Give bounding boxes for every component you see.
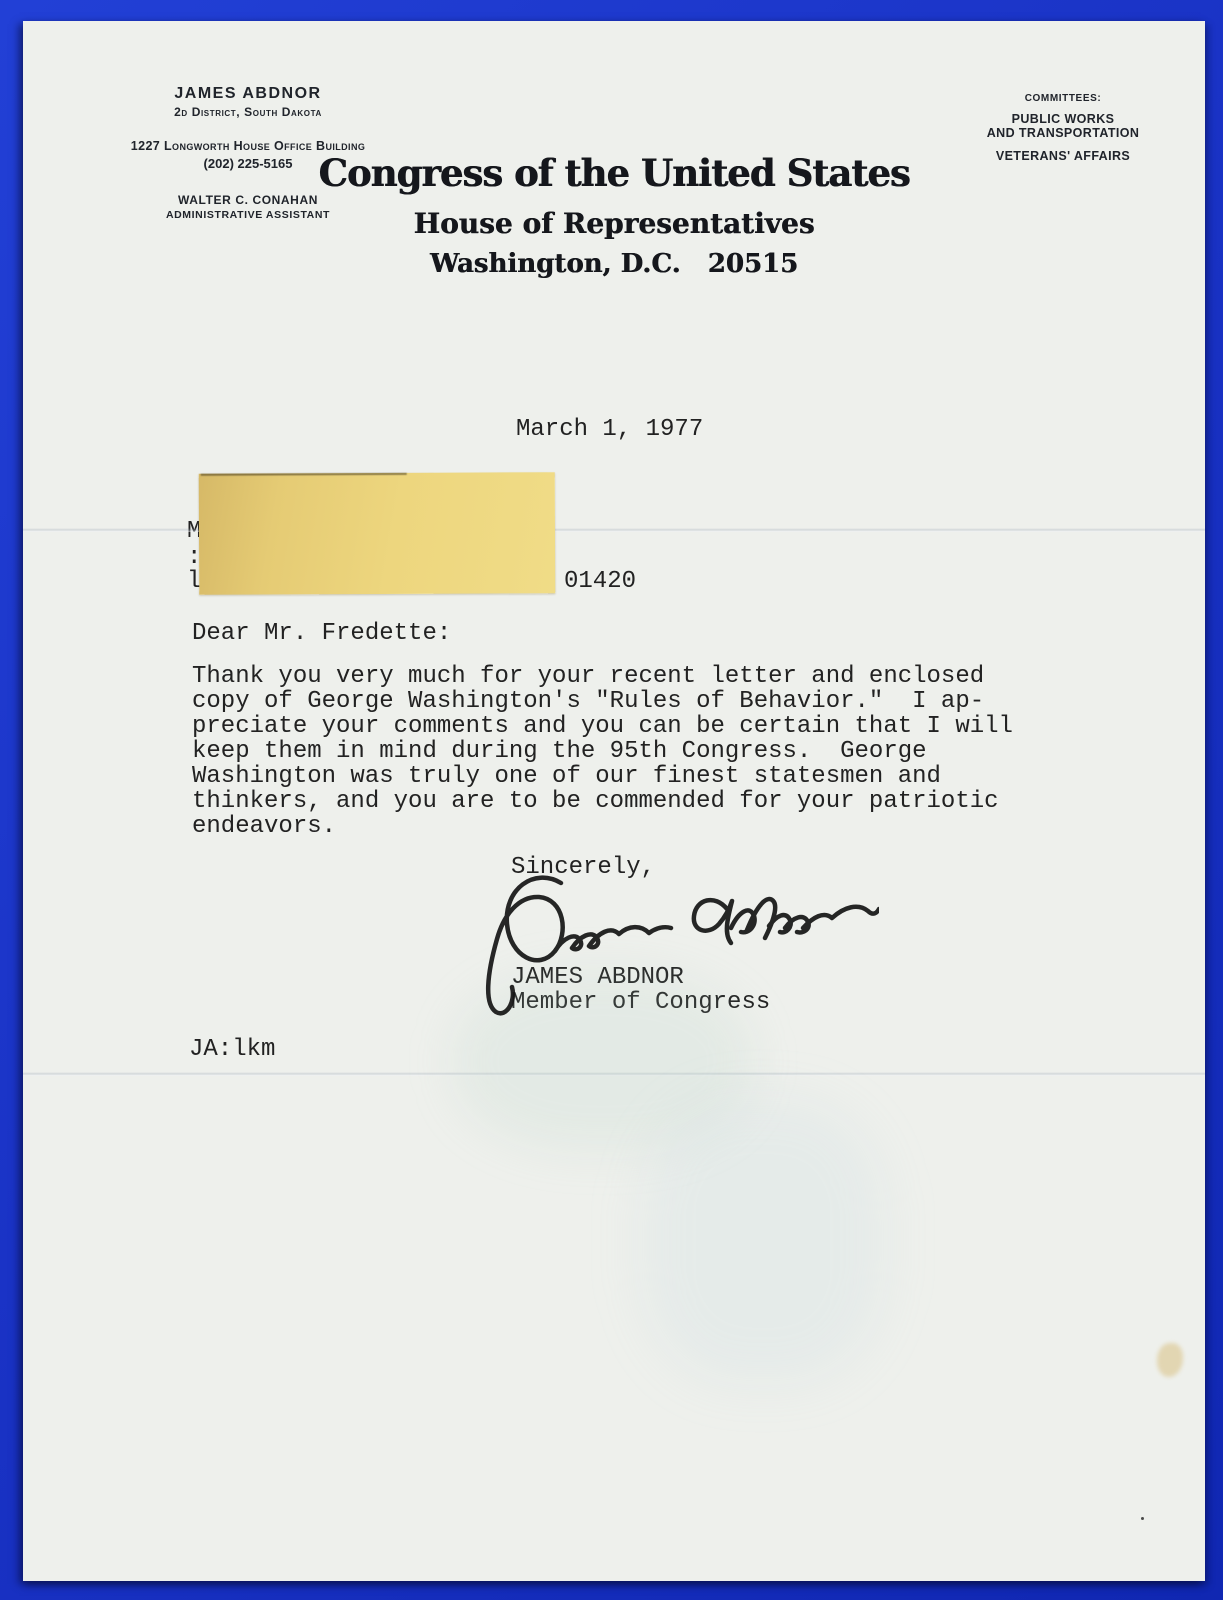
handwritten-signature (459, 864, 879, 1034)
body-line: endeavors. (192, 814, 1013, 839)
showthrough-ghost (643, 1101, 883, 1381)
paper-stain (1157, 1343, 1183, 1377)
masthead-city-zip: Washington, D.C. 20515 (23, 249, 1205, 279)
redaction-sticker (199, 472, 556, 595)
committee-transportation: AND TRANSPORTATION (953, 126, 1173, 140)
member-name: JAMES ABDNOR (83, 85, 413, 103)
address-zip: 01420 (564, 569, 636, 594)
salutation: Dear Mr. Fredette: (192, 621, 451, 646)
body-line: copy of George Washington's "Rules of Be… (192, 689, 1013, 714)
body-line: keep them in mind during the 95th Congre… (192, 739, 1013, 764)
letter-body: Thank you very much for your recent lett… (192, 664, 1013, 839)
paper-speck (1141, 1517, 1144, 1520)
letterhead-masthead: Congress of the United States House of R… (23, 151, 1205, 279)
letter-date: March 1, 1977 (516, 417, 703, 442)
reference-initials: JA:lkm (189, 1037, 275, 1062)
body-line: Thank you very much for your recent lett… (192, 664, 1013, 689)
masthead-house: House of Representatives (23, 207, 1205, 240)
body-line: preciate your comments and you can be ce… (192, 714, 1013, 739)
body-line: Washington was truly one of our finest s… (192, 764, 1013, 789)
letterhead-committees-block: COMMITTEES: PUBLIC WORKS AND TRANSPORTAT… (953, 93, 1173, 163)
body-line: thinkers, and you are to be commended fo… (192, 789, 1013, 814)
member-district: 2d District, South Dakota (83, 105, 413, 119)
committee-veterans-affairs: VETERANS' AFFAIRS (953, 149, 1173, 163)
sticker-edge-smudge (201, 473, 407, 476)
committee-public-works: PUBLIC WORKS (953, 112, 1173, 126)
committees-label: COMMITTEES: (953, 93, 1173, 104)
letter-page: JAMES ABDNOR 2d District, South Dakota 1… (23, 21, 1205, 1581)
